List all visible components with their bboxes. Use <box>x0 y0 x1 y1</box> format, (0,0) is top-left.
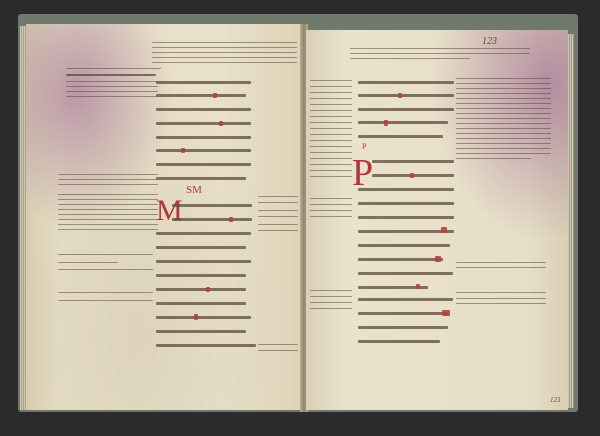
rubric-left: SM <box>186 184 202 196</box>
rubric-right: P <box>362 142 366 151</box>
folio-number: 123 <box>482 36 497 47</box>
initial-p: P <box>352 154 373 192</box>
left-page: SM M <box>26 24 304 410</box>
initial-m: M <box>156 196 183 226</box>
right-page: 123 P P <box>306 30 568 410</box>
footer-mark: 123 <box>550 396 561 404</box>
